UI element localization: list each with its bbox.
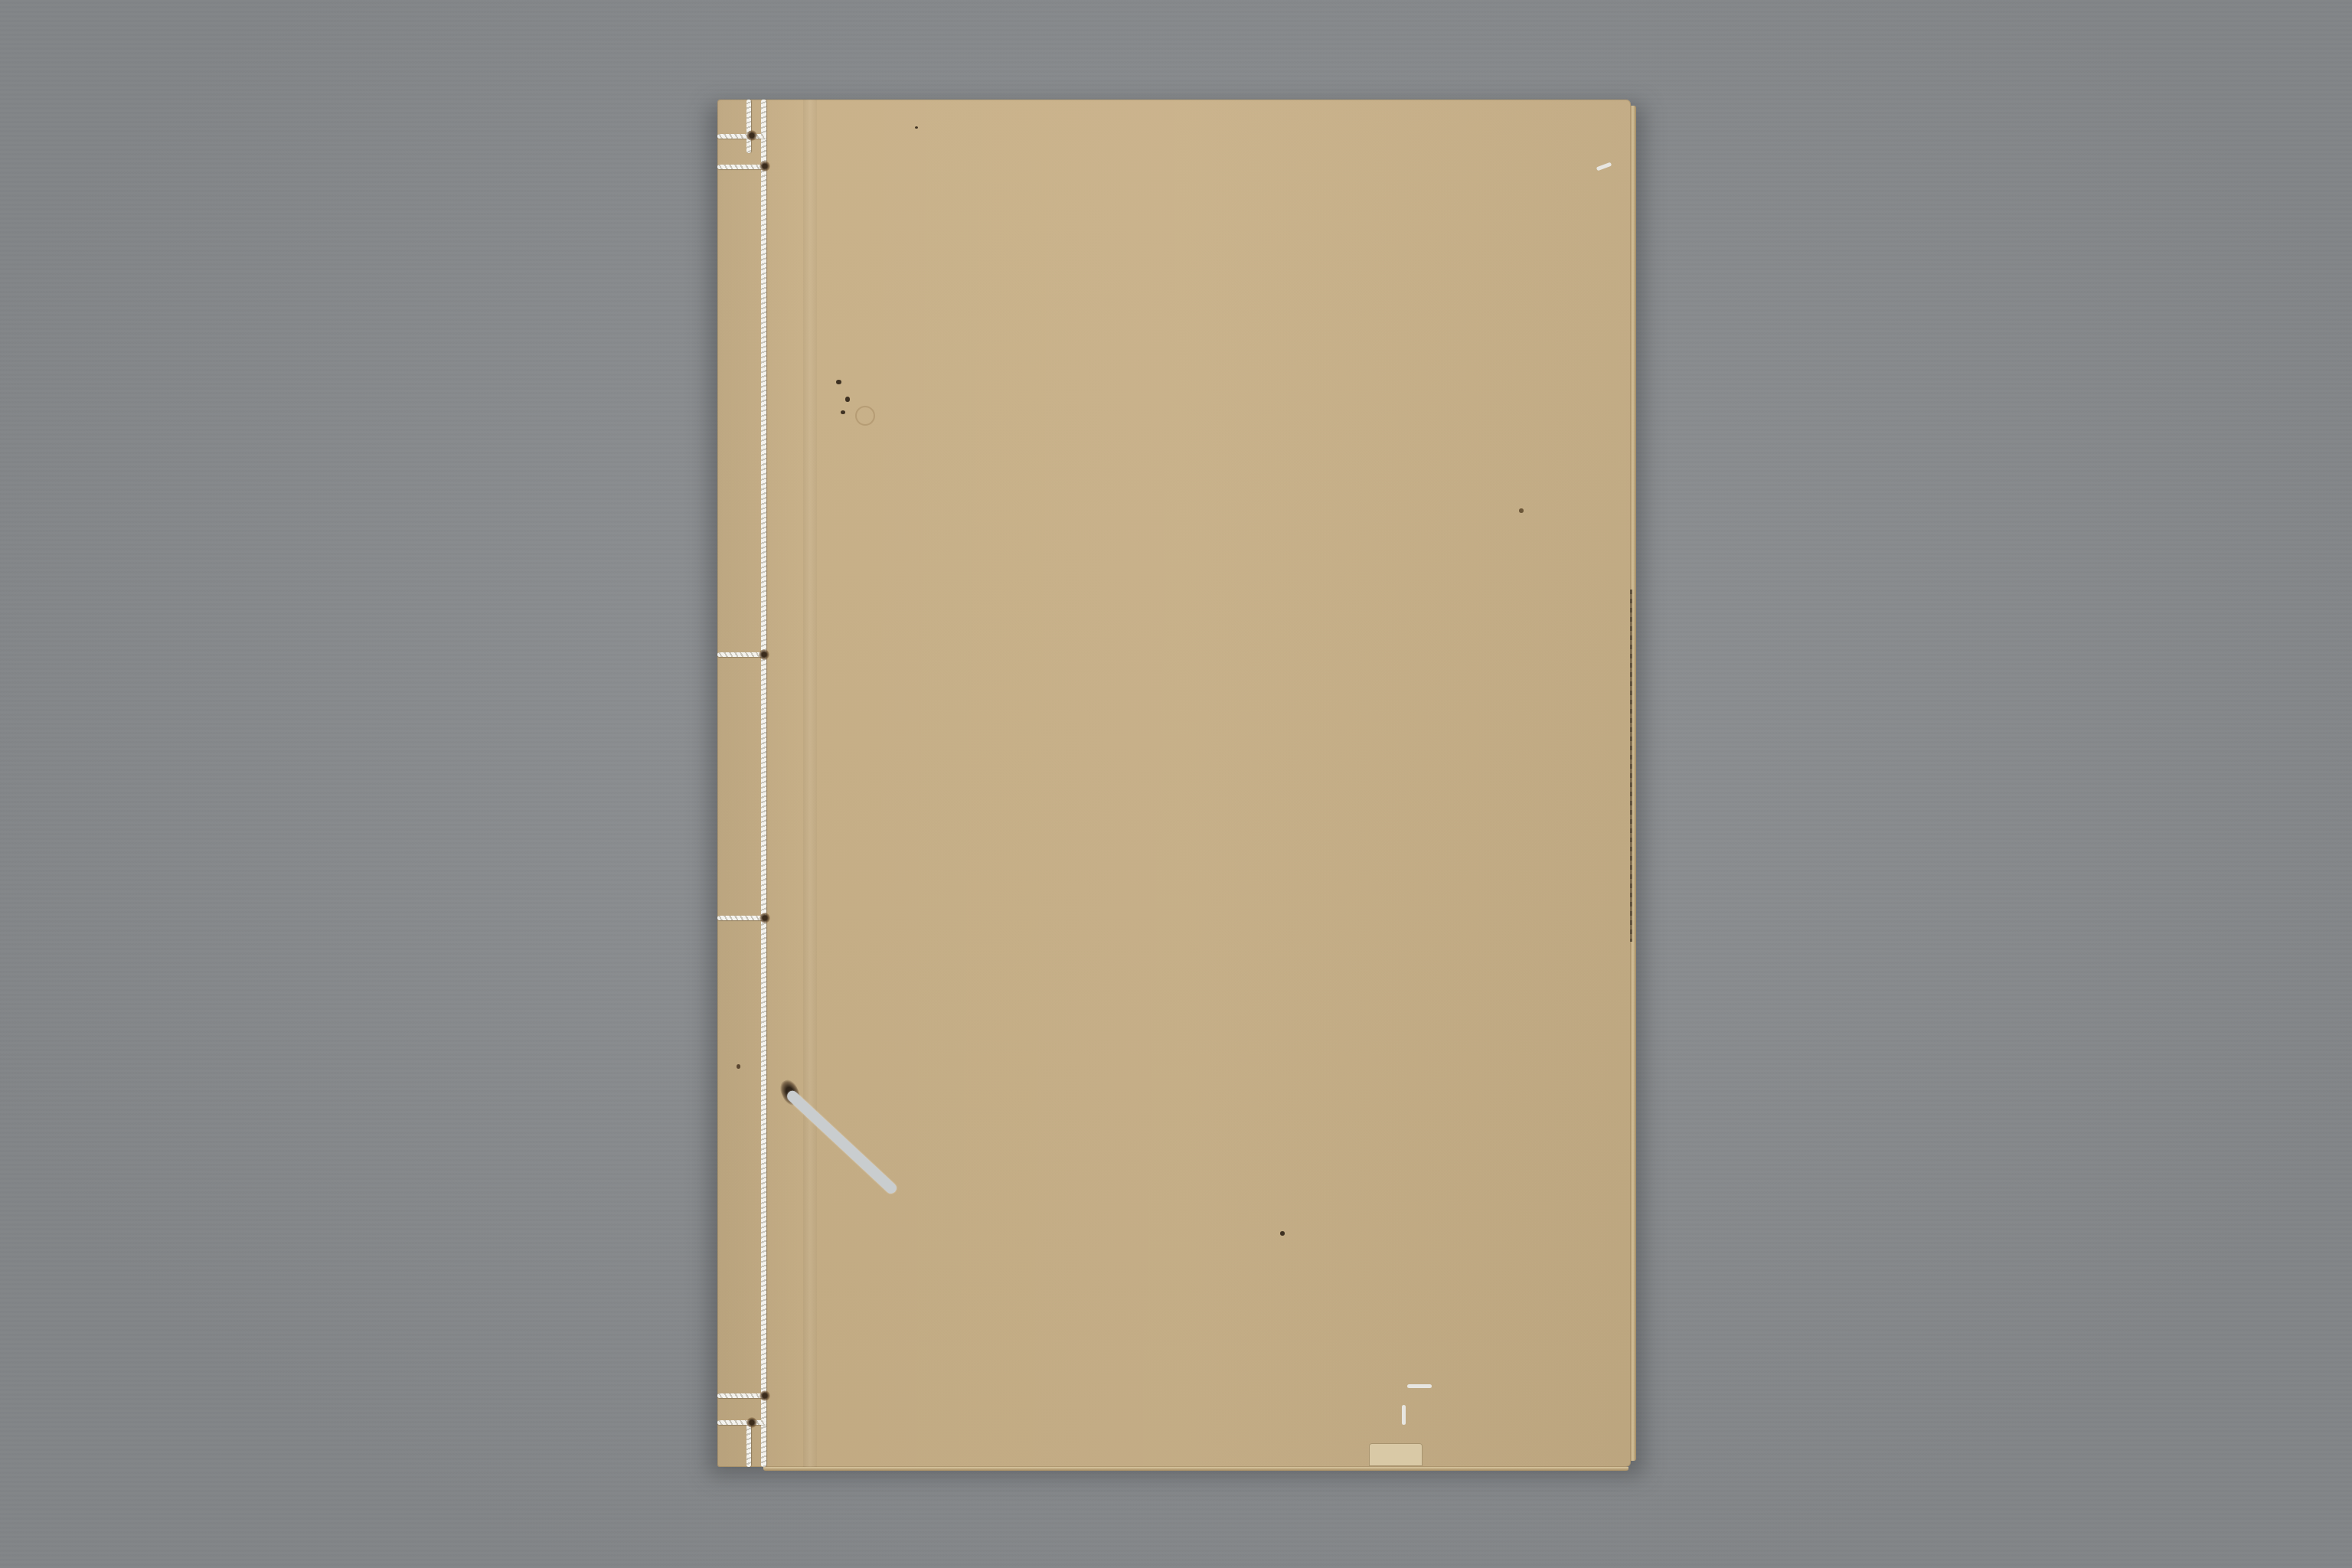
dark-speck: [915, 126, 918, 129]
binding-thread-vertical: [761, 100, 766, 1467]
dark-speck: [836, 380, 841, 384]
binding-thread-top-outer: [746, 100, 751, 153]
torn-patch-bottom: [1369, 1443, 1423, 1466]
binding-stitch-1: [717, 134, 766, 139]
stitch-hole-icon: [746, 130, 757, 141]
water-stain-ring: [855, 406, 875, 426]
dark-speck: [841, 410, 845, 414]
stitch-hole-icon: [759, 161, 770, 171]
dark-speck: [737, 1064, 740, 1069]
white-mark-bottom-2: [1402, 1405, 1406, 1425]
stitch-hole-icon: [759, 913, 770, 923]
stitch-hole-icon: [746, 1417, 757, 1428]
dark-speck: [845, 397, 850, 402]
page-edge-dark-strip: [1630, 590, 1632, 942]
binding-thread-bottom-outer: [746, 1421, 751, 1467]
stitch-hole-icon: [759, 1390, 770, 1401]
spine-fold-line: [803, 100, 817, 1467]
binding-stitch-6: [717, 1420, 766, 1425]
stitch-hole-icon: [759, 649, 769, 660]
white-mark-bottom-1: [1407, 1384, 1432, 1388]
dark-speck: [1280, 1231, 1285, 1236]
page-edge-bottom: [763, 1467, 1628, 1471]
book-cover: [717, 100, 1631, 1467]
dark-speck: [1519, 508, 1524, 513]
